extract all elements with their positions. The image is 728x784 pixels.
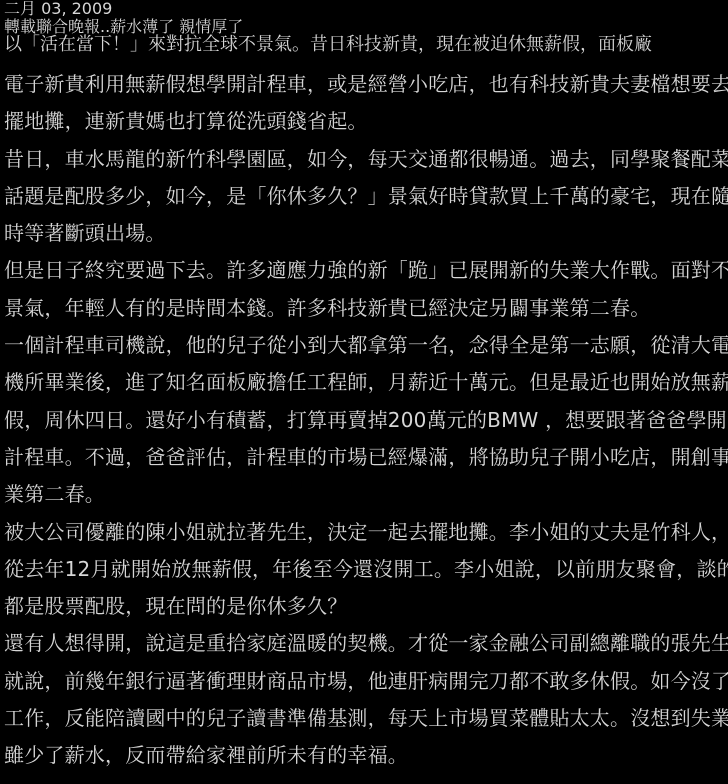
article-line: 都是股票配股，現在問的是你休多久？ — [4, 588, 728, 625]
article-line: 機所畢業後，進了知名面板廠擔任工程師，月薪近十萬元。但是最近也開始放無薪 — [4, 364, 728, 401]
article-first-line: 以「活在當下！」來對抗全球不景氣。昔日科技新貴，現在被迫休無薪假，面板廠 — [4, 36, 652, 54]
article-line: 假，周休四日。還好小有積蓄，打算再賣掉200萬元的BMW ，想要跟著爸爸學開 — [4, 402, 728, 439]
article-line: 計程車。不過，爸爸評估，計程車的市場已經爆滿，將協助兒子開小吃店，開創事 — [4, 439, 728, 476]
post-date: 二月 03, 2009 — [4, 0, 652, 18]
article-header: 二月 03, 2009 轉載聯合晚報..薪水薄了 親情厚了 以「活在當下！」來對… — [4, 0, 652, 54]
article-line: 業第二春。 — [4, 476, 728, 513]
article-body: 電子新貴利用無薪假想學開計程車，或是經營小吃店，也有科技新貴夫妻檔想要去 擺地攤… — [4, 66, 728, 775]
article-line: 就說，前幾年銀行逼著衝理財商品市場，他連肝病開完刀都不敢多休假。如今沒了 — [4, 663, 728, 700]
article-line: 擺地攤，連新貴媽也打算從洗頭錢省起。 — [4, 103, 728, 140]
article-line: 昔日，車水馬龍的新竹科學園區，如今，每天交通都很暢通。過去，同學聚餐配菜 — [4, 141, 728, 178]
article-line: 電子新貴利用無薪假想學開計程車，或是經營小吃店，也有科技新貴夫妻檔想要去 — [4, 66, 728, 103]
article-line: 一個計程車司機說，他的兒子從小到大都拿第一名，念得全是第一志願，從清大電 — [4, 327, 728, 364]
article-line: 但是日子終究要過下去。許多適應力強的新「跪」已展開新的失業大作戰。面對不 — [4, 252, 728, 289]
article-line: 話題是配股多少，如今，是「你休多久？」景氣好時貸款買上千萬的豪宅，現在隨 — [4, 178, 728, 215]
article-line: 景氣，年輕人有的是時間本錢。許多科技新貴已經決定另闢事業第二春。 — [4, 290, 728, 327]
article-line: 雖少了薪水，反而帶給家裡前所未有的幸福。 — [4, 737, 728, 774]
article-line: 工作，反能陪讀國中的兒子讀書準備基測，每天上市場買菜體貼太太。沒想到失業 — [4, 700, 728, 737]
article-line: 還有人想得開，說這是重拾家庭溫暖的契機。才從一家金融公司副總離職的張先生 — [4, 625, 728, 662]
article-line: 從去年12月就開始放無薪假，年後至今還沒開工。李小姐說，以前朋友聚會，談的 — [4, 551, 728, 588]
article-line: 時等著斷頭出場。 — [4, 215, 728, 252]
article-line: 被大公司優離的陳小姐就拉著先生，決定一起去擺地攤。李小姐的丈夫是竹科人， — [4, 514, 728, 551]
